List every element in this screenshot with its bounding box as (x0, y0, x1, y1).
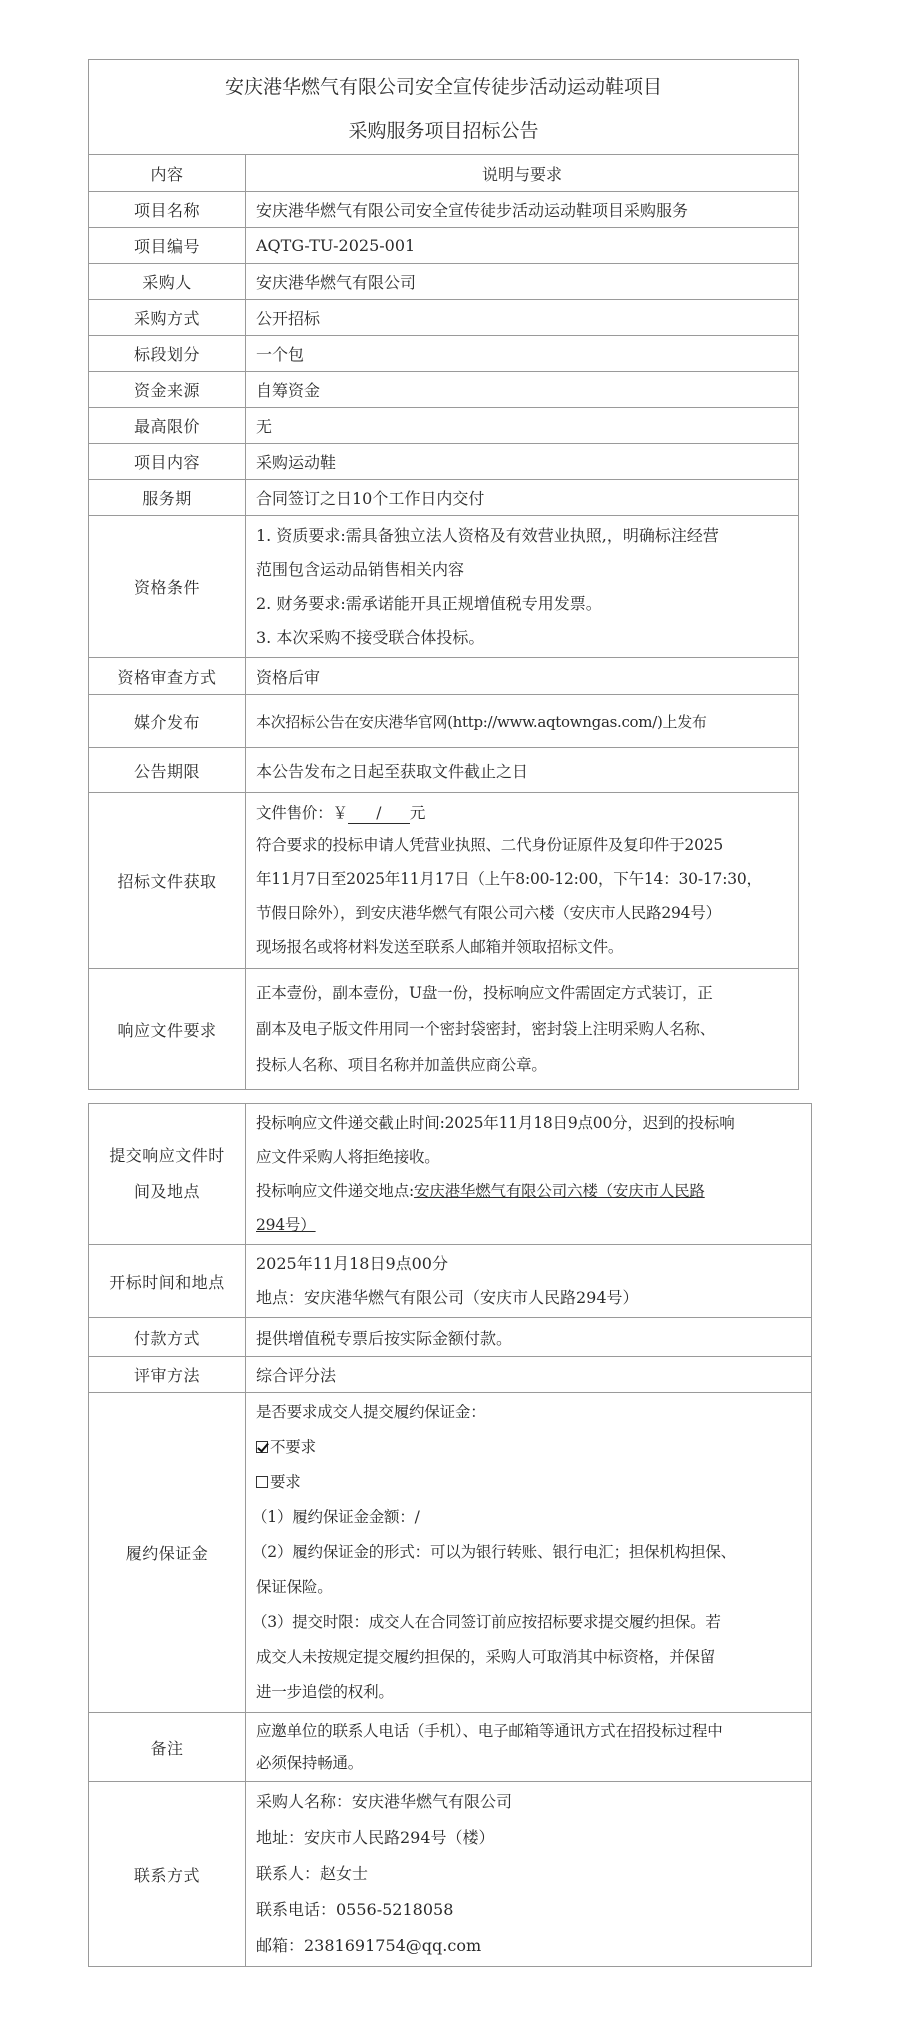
label-media: 媒介发布 (89, 695, 246, 748)
value-project-content: 采购运动鞋 (246, 444, 799, 480)
title-line-1: 安庆港华燃气有限公司安全宣传徒步活动运动鞋项目 (89, 65, 798, 109)
bond-line: （1）履约保证金金额：/ (252, 1500, 803, 1535)
document-title: 安庆港华燃气有限公司安全宣传徒步活动运动鞋项目 采购服务项目招标公告 (89, 60, 799, 155)
value-evaluation: 综合评分法 (246, 1357, 812, 1393)
label-fund-source: 资金来源 (89, 372, 246, 408)
title-line-2: 采购服务项目招标公告 (89, 109, 798, 153)
row-evaluation: 评审方法 综合评分法 (89, 1357, 812, 1393)
label-project-number: 项目编号 (89, 228, 246, 264)
row-service-period: 服务期 合同签订之日10个工作日内交付 (89, 480, 799, 516)
row-opening: 开标时间和地点 2025年11月18日9点00分 地点：安庆港华燃气有限公司（安… (89, 1245, 812, 1318)
value-fund-source: 自筹资金 (246, 372, 799, 408)
row-lot-division: 标段划分 一个包 (89, 336, 799, 372)
value-procurement-method: 公开招标 (246, 300, 799, 336)
opening-time: 2025年11月18日9点00分 (256, 1247, 803, 1281)
row-payment: 付款方式 提供增值税专票后按实际金额付款。 (89, 1318, 812, 1357)
row-submission: 提交响应文件时 间及地点 投标响应文件递交截止时间:2025年11月18日9点0… (89, 1104, 812, 1245)
contact-address: 地址：安庆市人民路294号（楼） (256, 1820, 803, 1856)
value-submission: 投标响应文件递交截止时间:2025年11月18日9点00分，迟到的投标响 应文件… (246, 1104, 812, 1245)
label-project-content: 项目内容 (89, 444, 246, 480)
doc-price-value: / (348, 803, 410, 824)
label-qualification: 资格条件 (89, 516, 246, 658)
submission-line: 应文件采购人将拒绝接收。 (256, 1140, 803, 1174)
row-remarks: 备注 应邀单位的联系人电话（手机）、电子邮箱等通讯方式在招投标过程中 必须保持畅… (89, 1713, 812, 1782)
row-fund-source: 资金来源 自筹资金 (89, 372, 799, 408)
opening-location: 地点：安庆港华燃气有限公司（安庆市人民路294号） (256, 1281, 803, 1315)
doc-price-prefix: 文件售价：￥ (256, 804, 348, 822)
label-evaluation: 评审方法 (89, 1357, 246, 1393)
bond-line: 成交人未按规定提交履约担保的，采购人可取消其中标资格，并保留 (256, 1640, 803, 1675)
submission-label-line-1: 提交响应文件时 (89, 1138, 245, 1174)
label-contact: 联系方式 (89, 1782, 246, 1967)
value-payment: 提供增值税专票后按实际金额付款。 (246, 1318, 812, 1357)
row-response-doc: 响应文件要求 正本壹份，副本壹份，U盘一份，投标响应文件需固定方式装订，正 副本… (89, 969, 799, 1090)
qualification-line: 1. 资质要求:需具备独立法人资格及有效营业执照,，明确标注经营 (256, 519, 790, 553)
row-qualification-review: 资格审查方式 资格后审 (89, 658, 799, 695)
label-response-doc: 响应文件要求 (89, 969, 246, 1090)
label-procurement-method: 采购方式 (89, 300, 246, 336)
remarks-line: 必须保持畅通。 (256, 1747, 803, 1779)
contact-email: 邮箱：2381691754@qq.com (256, 1928, 803, 1964)
value-response-doc: 正本壹份，副本壹份，U盘一份，投标响应文件需固定方式装订，正 副本及电子版文件用… (246, 969, 799, 1090)
label-remarks: 备注 (89, 1713, 246, 1782)
submission-location-prefix: 投标响应文件递交地点: (256, 1182, 414, 1200)
value-notice-period: 本公告发布之日起至获取文件截止之日 (246, 748, 799, 793)
value-max-price: 无 (246, 408, 799, 444)
submission-location-line: 投标响应文件递交地点:安庆港华燃气有限公司六楼（安庆市人民路 (256, 1174, 803, 1208)
label-max-price: 最高限价 (89, 408, 246, 444)
doc-acquisition-line: 符合要求的投标申请人凭营业执照、二代身份证原件及复印件于2025 (256, 828, 790, 862)
value-performance-bond: 是否要求成交人提交履约保证金： 不要求 要求 （1）履约保证金金额：/ （2）履… (246, 1393, 812, 1713)
doc-acquisition-line: 节假日除外），到安庆港华燃气有限公司六楼（安庆市人民路294号） (256, 896, 790, 930)
qualification-line: 2. 财务要求:需承诺能开具正规增值税专用发票。 (256, 587, 790, 621)
value-opening: 2025年11月18日9点00分 地点：安庆港华燃气有限公司（安庆市人民路294… (246, 1245, 812, 1318)
bond-line: 进一步追偿的权利。 (256, 1675, 803, 1710)
value-project-number: AQTG-TU-2025-001 (246, 228, 799, 264)
announcement-table-part2: 提交响应文件时 间及地点 投标响应文件递交截止时间:2025年11月18日9点0… (88, 1103, 812, 1967)
label-submission: 提交响应文件时 间及地点 (89, 1104, 246, 1245)
row-procurement-method: 采购方式 公开招标 (89, 300, 799, 336)
value-lot-division: 一个包 (246, 336, 799, 372)
title-row: 安庆港华燃气有限公司安全宣传徒步活动运动鞋项目 采购服务项目招标公告 (89, 60, 799, 155)
value-project-name: 安庆港华燃气有限公司安全宣传徒步活动运动鞋项目采购服务 (246, 192, 799, 228)
value-remarks: 应邀单位的联系人电话（手机）、电子邮箱等通讯方式在招投标过程中 必须保持畅通。 (246, 1713, 812, 1782)
doc-acquisition-line: 现场报名或将材料发送至联系人邮箱并领取招标文件。 (256, 930, 790, 964)
value-purchaser: 安庆港华燃气有限公司 (246, 264, 799, 300)
label-qualification-review: 资格审查方式 (89, 658, 246, 695)
value-qualification: 1. 资质要求:需具备独立法人资格及有效营业执照,，明确标注经营 范围包含运动品… (246, 516, 799, 658)
bond-line: （2）履约保证金的形式：可以为银行转账、银行电汇；担保机构担保、 (252, 1535, 803, 1570)
response-doc-line: 投标人名称、项目名称并加盖供应商公章。 (256, 1047, 790, 1083)
row-media: 媒介发布 本次招标公告在安庆港华官网(http://www.aqtowngas.… (89, 695, 799, 748)
row-doc-acquisition: 招标文件获取 文件售价：￥/元 符合要求的投标申请人凭营业执照、二代身份证原件及… (89, 793, 799, 969)
label-performance-bond: 履约保证金 (89, 1393, 246, 1713)
bond-option-not-required[interactable]: 不要求 (256, 1430, 803, 1465)
header-row: 内容 说明与要求 (89, 155, 799, 192)
value-qualification-review: 资格后审 (246, 658, 799, 695)
row-project-name: 项目名称 安庆港华燃气有限公司安全宣传徒步活动运动鞋项目采购服务 (89, 192, 799, 228)
doc-price-line: 文件售价：￥/元 (256, 798, 790, 828)
value-service-period: 合同签订之日10个工作日内交付 (246, 480, 799, 516)
row-max-price: 最高限价 无 (89, 408, 799, 444)
checkbox-checked-icon[interactable] (256, 1441, 268, 1453)
contact-purchaser-name: 采购人名称：安庆港华燃气有限公司 (256, 1784, 803, 1820)
label-notice-period: 公告期限 (89, 748, 246, 793)
label-service-period: 服务期 (89, 480, 246, 516)
row-notice-period: 公告期限 本公告发布之日起至获取文件截止之日 (89, 748, 799, 793)
contact-person: 联系人：赵女士 (256, 1856, 803, 1892)
label-doc-acquisition: 招标文件获取 (89, 793, 246, 969)
row-performance-bond: 履约保证金 是否要求成交人提交履约保证金： 不要求 要求 （1）履约保证金金额：… (89, 1393, 812, 1713)
bond-line: （3）提交时限：成交人在合同签订前应按招标要求提交履约担保。若 (252, 1605, 803, 1640)
submission-line: 投标响应文件递交截止时间:2025年11月18日9点00分，迟到的投标响 (256, 1106, 803, 1140)
row-contact: 联系方式 采购人名称：安庆港华燃气有限公司 地址：安庆市人民路294号（楼） 联… (89, 1782, 812, 1967)
row-project-content: 项目内容 采购运动鞋 (89, 444, 799, 480)
header-description: 说明与要求 (246, 155, 799, 192)
label-payment: 付款方式 (89, 1318, 246, 1357)
doc-price-suffix: 元 (410, 804, 425, 822)
label-lot-division: 标段划分 (89, 336, 246, 372)
row-project-number: 项目编号 AQTG-TU-2025-001 (89, 228, 799, 264)
bond-option-required-label: 要求 (270, 1473, 301, 1491)
row-qualification: 资格条件 1. 资质要求:需具备独立法人资格及有效营业执照,，明确标注经营 范围… (89, 516, 799, 658)
label-purchaser: 采购人 (89, 264, 246, 300)
bond-option-required[interactable]: 要求 (256, 1465, 803, 1500)
label-project-name: 项目名称 (89, 192, 246, 228)
submission-location-address-cont: 294号） (256, 1208, 316, 1242)
value-contact: 采购人名称：安庆港华燃气有限公司 地址：安庆市人民路294号（楼） 联系人：赵女… (246, 1782, 812, 1967)
doc-acquisition-line: 年11月7日至2025年11月17日（上午8:00-12:00，下午14：30-… (256, 862, 790, 896)
bond-option-not-required-label: 不要求 (270, 1438, 316, 1456)
qualification-line: 范围包含运动品销售相关内容 (256, 553, 790, 587)
response-doc-line: 正本壹份，副本壹份，U盘一份，投标响应文件需固定方式装订，正 (256, 975, 790, 1011)
checkbox-unchecked-icon[interactable] (256, 1476, 268, 1488)
submission-label-line-2: 间及地点 (89, 1174, 245, 1210)
row-purchaser: 采购人 安庆港华燃气有限公司 (89, 264, 799, 300)
response-doc-line: 副本及电子版文件用同一个密封袋密封，密封袋上注明采购人名称、 (256, 1011, 790, 1047)
value-media: 本次招标公告在安庆港华官网(http://www.aqtowngas.com/)… (246, 695, 799, 748)
value-doc-acquisition: 文件售价：￥/元 符合要求的投标申请人凭营业执照、二代身份证原件及复印件于202… (246, 793, 799, 969)
bond-question: 是否要求成交人提交履约保证金： (256, 1395, 803, 1430)
qualification-line: 3. 本次采购不接受联合体投标。 (256, 621, 790, 655)
contact-phone: 联系电话：0556-5218058 (256, 1892, 803, 1928)
label-opening: 开标时间和地点 (89, 1245, 246, 1318)
remarks-line: 应邀单位的联系人电话（手机）、电子邮箱等通讯方式在招投标过程中 (256, 1715, 803, 1747)
bond-line: 保证保险。 (256, 1570, 803, 1605)
announcement-table-part1: 安庆港华燃气有限公司安全宣传徒步活动运动鞋项目 采购服务项目招标公告 内容 说明… (88, 59, 799, 1090)
submission-location-address: 安庆港华燃气有限公司六楼（安庆市人民路 (414, 1182, 705, 1200)
header-content: 内容 (89, 155, 246, 192)
